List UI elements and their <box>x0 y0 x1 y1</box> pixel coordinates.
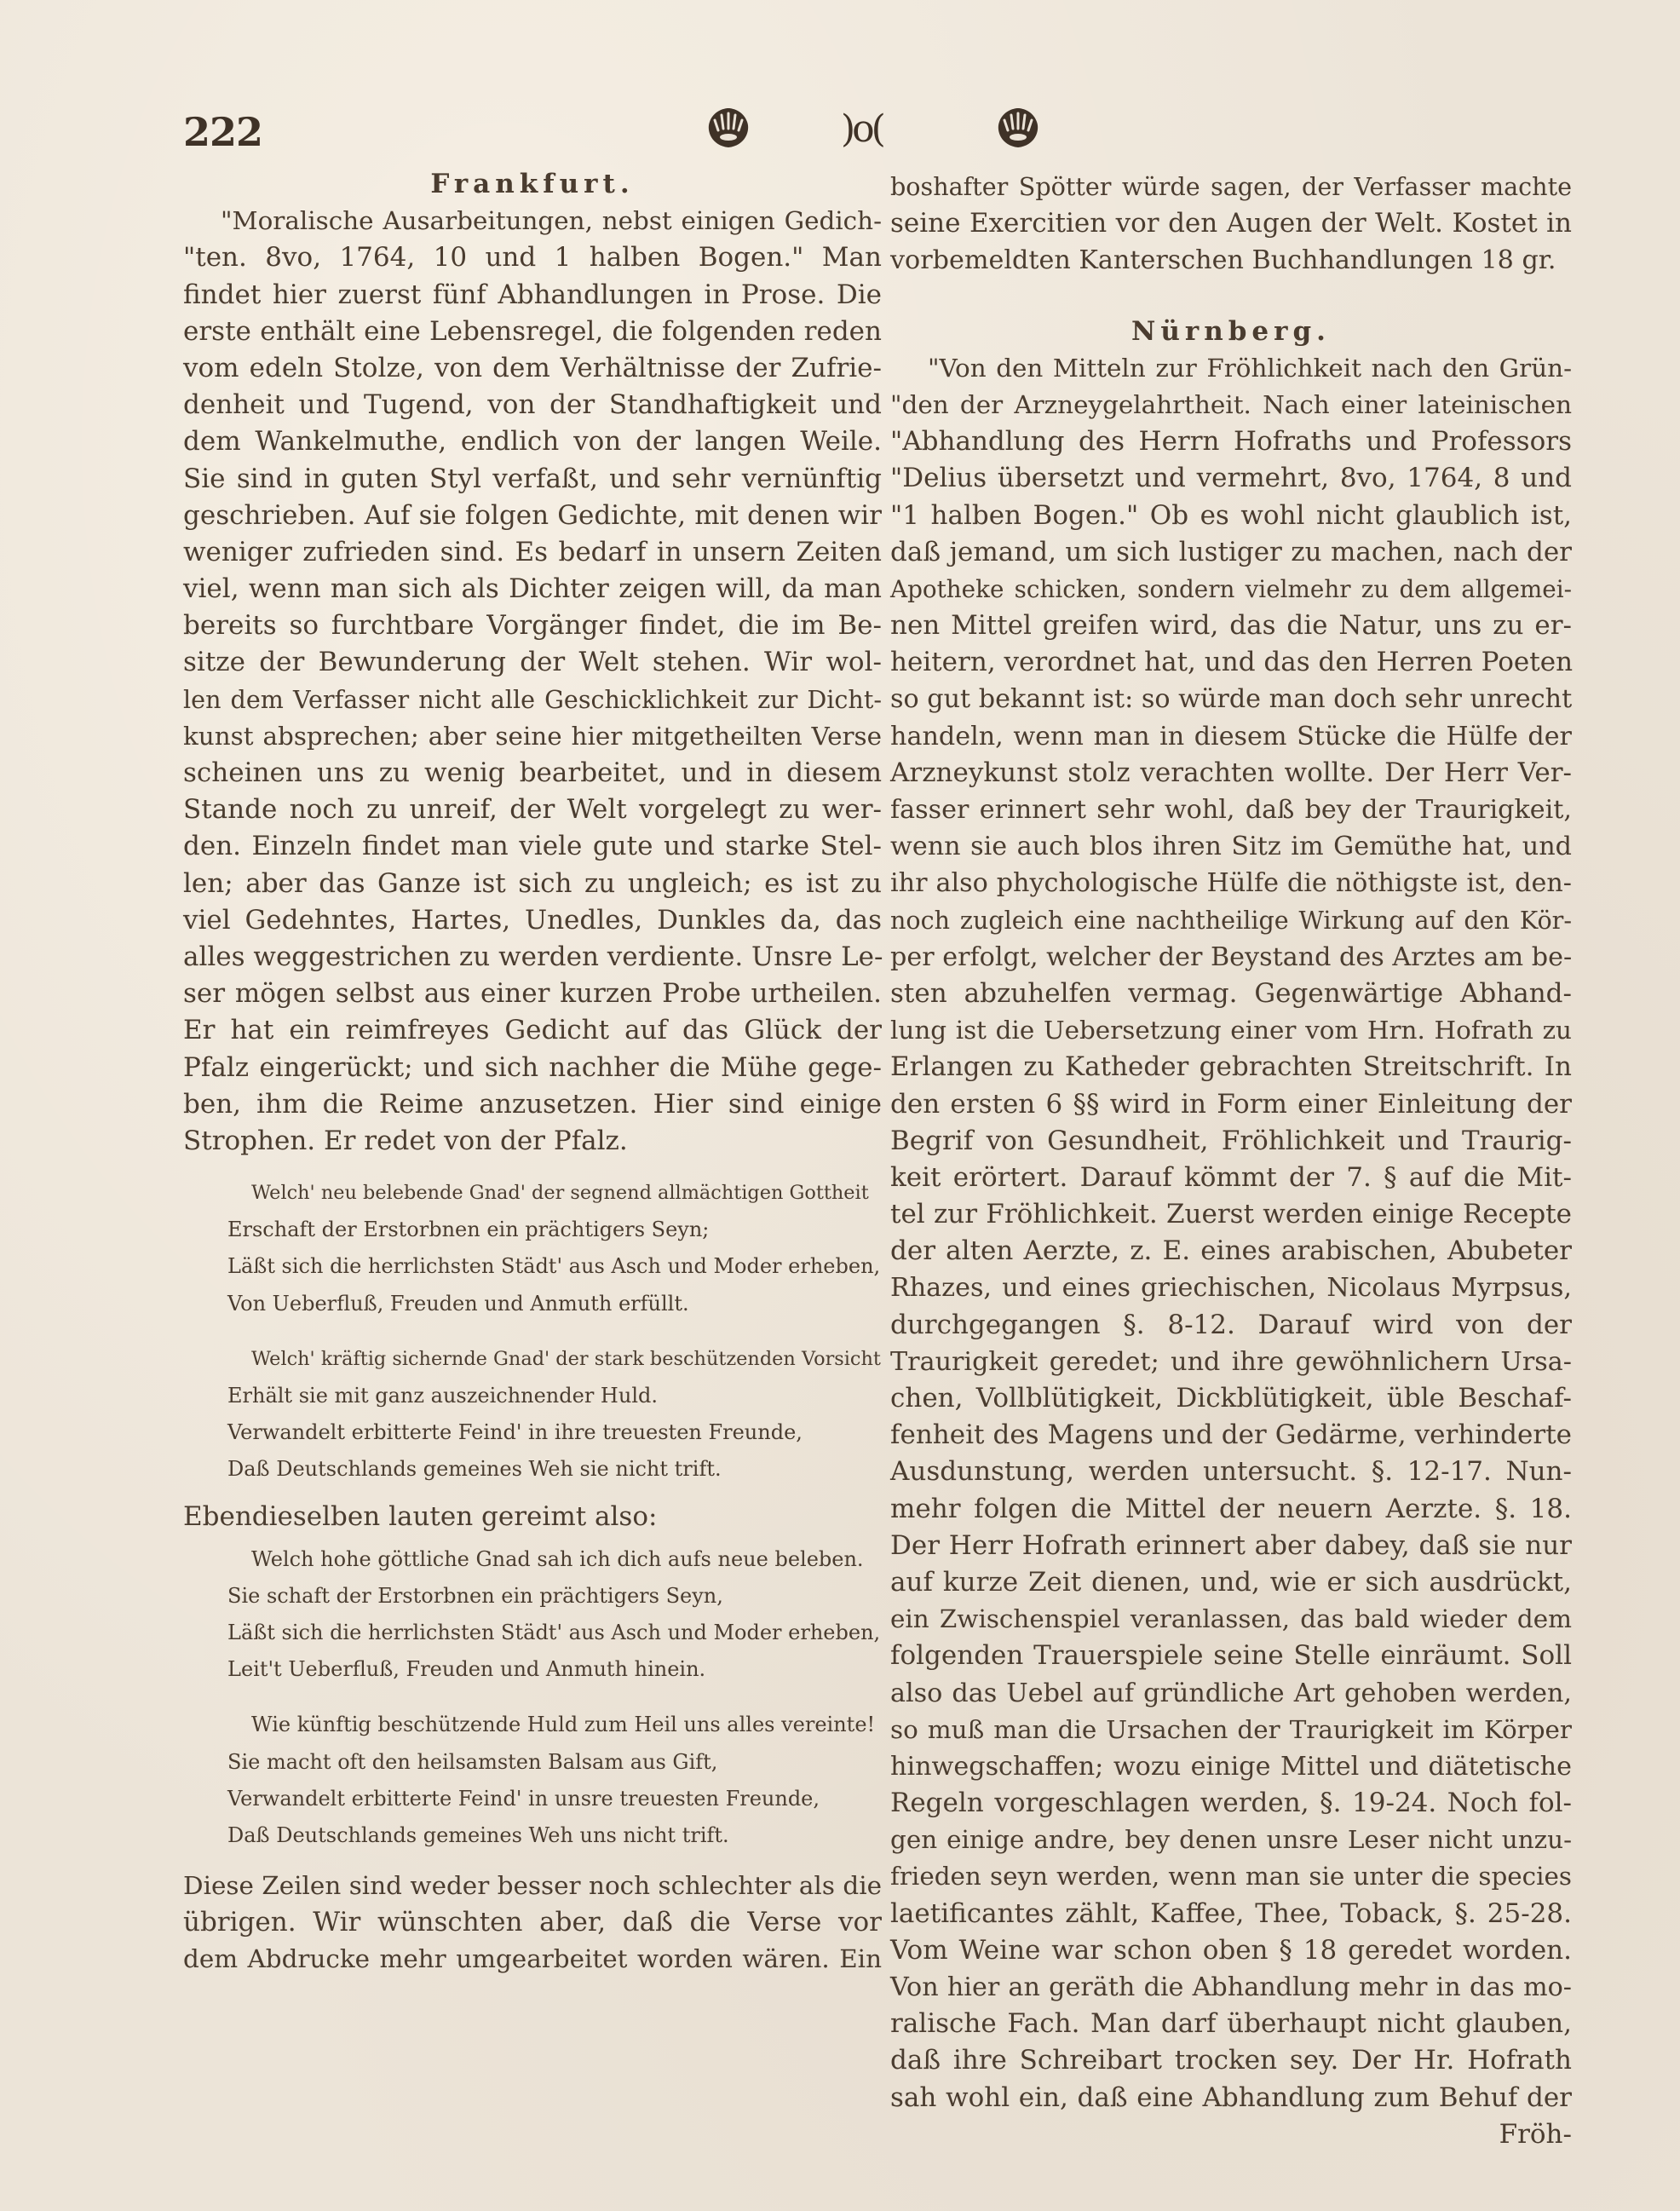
shell-ornament-icon <box>992 105 1044 153</box>
verse-line: Erschaft der Erstorbnen ein prächtigers … <box>183 1212 882 1248</box>
text-line: "Moralische Ausarbeitungen, nebst einige… <box>183 203 882 239</box>
verse-line: Leit't Ueberfluß, Freuden und Anmuth hin… <box>183 1651 882 1688</box>
center-ornament: )o( <box>841 107 883 151</box>
text-line: daß ihre Schreibart trocken sey. Der Hr.… <box>890 2042 1572 2079</box>
text-line: daß jemand, um sich lustiger zu machen, … <box>890 534 1572 571</box>
text-line: Der Herr Hofrath erinnert aber dabey, da… <box>890 1528 1572 1564</box>
text-line: den. Einzeln findet man viele gute und s… <box>183 828 882 865</box>
review-paragraph-frankfurt: "Moralische Ausarbeitungen, nebst einige… <box>183 203 882 1160</box>
text-line: handeln, wenn man in diesem Stücke die H… <box>890 718 1572 755</box>
text-line: fasser erinnert sehr wohl, daß bey der T… <box>890 792 1572 828</box>
text-line: ser mögen selbst aus einer kurzen Probe … <box>183 976 882 1012</box>
text-line: der alten Aerzte, z. E. eines arabischen… <box>890 1233 1572 1270</box>
rhymed-stanza-2: Wie künftig beschützende Huld zum Heil u… <box>183 1707 882 1854</box>
text-line: viel, wenn man sich als Dichter zeigen w… <box>183 571 882 607</box>
text-line: so gut bekannt ist: so würde man doch se… <box>890 681 1572 717</box>
text-line: lung ist die Uebersetzung einer vom Hrn.… <box>890 1012 1572 1049</box>
page-header: 222 )o( <box>183 101 1572 160</box>
text-line: viel Gedehntes, Hartes, Unedles, Dunkles… <box>183 902 882 939</box>
text-line: Arzneykunst stolz verachten wollte. Der … <box>890 755 1572 792</box>
page-number: 222 <box>183 109 262 155</box>
text-line: so muß man die Ursachen der Traurigkeit … <box>890 1712 1572 1748</box>
text-line: ihr also phychologische Hülfe die nöthig… <box>890 865 1572 901</box>
text-line: den ersten 6 §§ wird in Form einer Einle… <box>890 1086 1572 1123</box>
text-line: bereits so furchtbare Vorgänger findet, … <box>183 607 882 644</box>
text-line: frieden seyn werden, wenn man sie unter … <box>890 1858 1572 1895</box>
text-line: dem Abdrucke mehr umgearbeitet worden wä… <box>183 1941 882 1978</box>
verse-line: Welch hohe göttliche Gnad sah ich dich a… <box>183 1541 882 1578</box>
text-line: Stande noch zu unreif, der Welt vorgeleg… <box>183 792 882 828</box>
left-column: Frankfurt. "Moralische Ausarbeitungen, n… <box>183 166 882 1978</box>
text-line: Strophen. Er redet von der Pfalz. <box>183 1123 882 1160</box>
text-line: tel zur Fröhlichkeit. Zuerst werden eini… <box>890 1196 1572 1233</box>
review-paragraph-nuernberg: "Von den Mitteln zur Fröhlichkeit nach d… <box>890 350 1572 2116</box>
text-line: übrigen. Wir wünschten aber, daß die Ver… <box>183 1904 882 1941</box>
right-column: boshafter Spötter würde sagen, der Verfa… <box>890 169 1572 2153</box>
review-conclusion: Diese Zeilen sind weder besser noch schl… <box>183 1868 882 1978</box>
text-line: fenheit des Magens und der Gedärme, verh… <box>890 1417 1572 1454</box>
section-heading-frankfurt: Frankfurt. <box>183 166 882 203</box>
verse-line: Welch' neu belebende Gnad' der segnend a… <box>183 1175 882 1212</box>
verse-line: Daß Deutschlands gemeines Weh sie nicht … <box>183 1451 882 1488</box>
text-line: mehr folgen die Mittel der neuern Aerzte… <box>890 1491 1572 1528</box>
unrhymed-stanza-1: Welch' neu belebende Gnad' der segnend a… <box>183 1175 882 1322</box>
text-line: Begrif von Gesundheit, Fröhlichkeit und … <box>890 1123 1572 1160</box>
text-line: nen Mittel greifen wird, das die Natur, … <box>890 607 1572 644</box>
text-line: sah wohl ein, daß eine Abhandlung zum Be… <box>890 2080 1572 2116</box>
text-line: len; aber das Ganze ist sich zu ungleich… <box>183 866 882 902</box>
text-line: dem Wankelmuthe, endlich von der langen … <box>183 423 882 460</box>
verse-line: Verwandelt erbitterte Feind' in unsre tr… <box>183 1781 882 1817</box>
rhymed-stanza-1: Welch hohe göttliche Gnad sah ich dich a… <box>183 1541 882 1689</box>
text-line: keit erörtert. Darauf kömmt der 7. § auf… <box>890 1160 1572 1196</box>
text-line: denheit und Tugend, von der Standhaftigk… <box>183 387 882 423</box>
text-line: chen, Vollblütigkeit, Dickblütigkeit, üb… <box>890 1380 1572 1417</box>
text-line: findet hier zuerst fünf Abhandlungen in … <box>183 277 882 314</box>
verse-line: Sie macht oft den heilsamsten Balsam aus… <box>183 1744 882 1781</box>
text-line: seine Exercitien vor den Augen der Welt.… <box>890 205 1572 242</box>
text-line: "Von den Mitteln zur Fröhlichkeit nach d… <box>890 350 1572 387</box>
text-line: kunst absprechen; aber seine hier mitget… <box>183 718 882 755</box>
rhymed-intro: Ebendieselben lauten gereimt also: <box>183 1495 882 1538</box>
text-line: Vom Weine war schon oben § 18 geredet wo… <box>890 1932 1572 1969</box>
text-line: per erfolgt, welcher der Beystand des Ar… <box>890 939 1572 976</box>
verse-line: Sie schaft der Erstorbnen ein prächtiger… <box>183 1578 882 1615</box>
verse-line: Wie künftig beschützende Huld zum Heil u… <box>183 1707 882 1743</box>
text-line: "den der Arzneygelahrtheit. Nach einer l… <box>890 387 1572 423</box>
verse-line: Erhält sie mit ganz auszeichnender Huld. <box>183 1378 882 1414</box>
text-line: auf kurze Zeit dienen, und, wie er sich … <box>890 1564 1572 1601</box>
text-line: laetificantes zählt, Kaffee, Thee, Tobac… <box>890 1896 1572 1932</box>
text-line: len dem Verfasser nicht alle Geschicklic… <box>183 682 882 718</box>
text-line: gen einige andre, bey denen unsre Leser … <box>890 1822 1572 1858</box>
text-line: geschrieben. Auf sie folgen Gedichte, mi… <box>183 498 882 534</box>
text-line: Apotheke schicken, sondern vielmehr zu d… <box>890 571 1572 607</box>
text-line: alles weggestrichen zu werden verdiente.… <box>183 939 882 976</box>
text-line: ralische Fach. Man darf überhaupt nicht … <box>890 2006 1572 2042</box>
text-line: Traurigkeit geredet; und ihre gewöhnlich… <box>890 1344 1572 1380</box>
text-line: erste enthält eine Lebensregel, die folg… <box>183 314 882 350</box>
text-line: noch zugleich eine nachtheilige Wirkung … <box>890 902 1572 939</box>
text-line: hinwegschaffen; wozu einige Mittel und d… <box>890 1748 1572 1785</box>
catchword: Fröh- <box>890 2116 1572 2153</box>
section-heading-nuernberg: Nürnberg. <box>890 314 1572 350</box>
text-line: Sie sind in guten Styl verfaßt, und sehr… <box>183 461 882 498</box>
text-line: Pfalz eingerückt; und sich nachher die M… <box>183 1050 882 1086</box>
text-line: Erlangen zu Katheder gebrachten Streitsc… <box>890 1049 1572 1085</box>
verse-line: Daß Deutschlands gemeines Weh uns nicht … <box>183 1817 882 1854</box>
text-line: folgenden Trauerspiele seine Stelle einr… <box>890 1638 1572 1674</box>
text-line: boshafter Spötter würde sagen, der Verfa… <box>890 169 1572 205</box>
text-line: "Abhandlung des Herrn Hofraths und Profe… <box>890 423 1572 460</box>
text-line: ein Zwischenspiel veranlassen, das bald … <box>890 1601 1572 1638</box>
verse-line: Welch' kräftig sichernde Gnad' der stark… <box>183 1341 882 1378</box>
text-line: Ausdunstung, werden untersucht. §. 12-17… <box>890 1454 1572 1490</box>
shell-ornament-icon <box>703 105 754 153</box>
verse-line: Verwandelt erbitterte Feind' in ihre tre… <box>183 1414 882 1451</box>
text-line: "Delius übersetzt und vermehrt, 8vo, 176… <box>890 460 1572 497</box>
text-line: Rhazes, und eines griechischen, Nicolaus… <box>890 1270 1572 1306</box>
text-line: scheinen uns zu wenig bearbeitet, und in… <box>183 755 882 792</box>
verse-line: Von Ueberfluß, Freuden und Anmuth erfüll… <box>183 1286 882 1322</box>
review-continuation: boshafter Spötter würde sagen, der Verfa… <box>890 169 1572 279</box>
verse-line: Läßt sich die herrlichsten Städt' aus As… <box>183 1615 882 1651</box>
text-line: sitze der Bewunderung der Welt stehen. W… <box>183 644 882 681</box>
text-line: weniger zufrieden sind. Es bedarf in uns… <box>183 534 882 571</box>
unrhymed-stanza-2: Welch' kräftig sichernde Gnad' der stark… <box>183 1341 882 1488</box>
text-line: Von hier an geräth die Abhandlung mehr i… <box>890 1969 1572 2006</box>
text-line: heitern, verordnet hat, und das den Herr… <box>890 644 1572 681</box>
text-line: "1 halben Bogen." Ob es wohl nicht glaub… <box>890 498 1572 534</box>
text-line: vom edeln Stolze, von dem Verhältnisse d… <box>183 350 882 387</box>
text-line: also das Uebel auf gründliche Art gehobe… <box>890 1675 1572 1712</box>
text-line: Diese Zeilen sind weder besser noch schl… <box>183 1868 882 1904</box>
text-line: ben, ihm die Reime anzusetzen. Hier sind… <box>183 1086 882 1123</box>
text-line: Er hat ein reimfreyes Gedicht auf das Gl… <box>183 1012 882 1049</box>
text-line: Regeln vorgeschlagen werden, §. 19-24. N… <box>890 1785 1572 1822</box>
text-line: durchgegangen §. 8-12. Darauf wird von d… <box>890 1307 1572 1344</box>
text-line: "ten. 8vo, 1764, 10 und 1 halben Bogen."… <box>183 239 882 276</box>
text-line: sten abzuhelfen vermag. Gegenwärtige Abh… <box>890 976 1572 1012</box>
verse-line: Läßt sich die herrlichsten Städt' aus As… <box>183 1248 882 1285</box>
text-line: vorbemeldten Kanterschen Buchhandlungen … <box>890 242 1572 279</box>
text-line: wenn sie auch blos ihren Sitz im Gemüthe… <box>890 828 1572 865</box>
